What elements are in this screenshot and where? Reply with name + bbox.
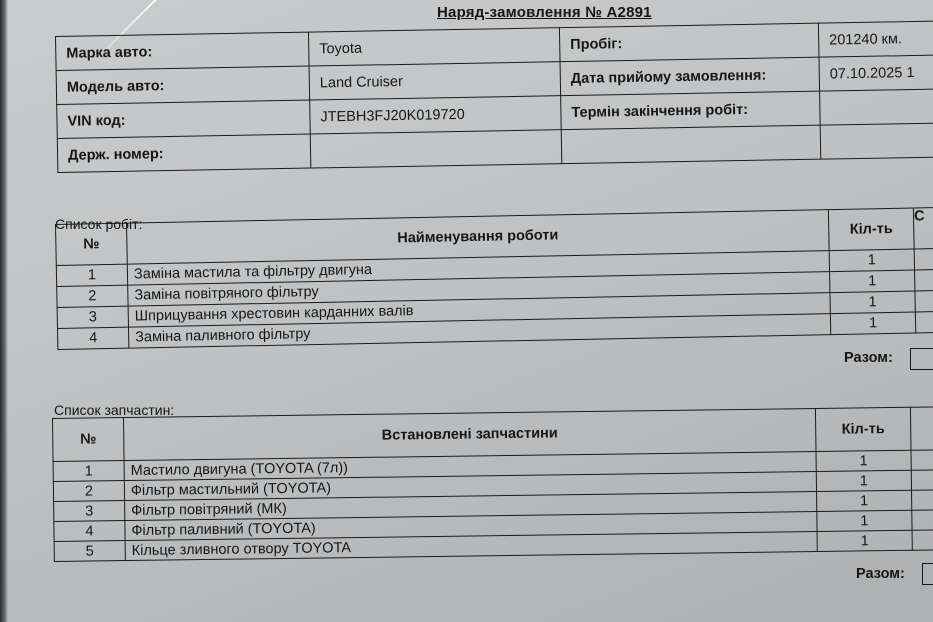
info-label: Держ. номер:	[57, 134, 311, 172]
row-number: 3	[57, 306, 128, 328]
row-extra	[912, 510, 933, 531]
info-label	[561, 125, 821, 164]
row-quantity: 1	[830, 312, 915, 335]
info-value	[310, 130, 562, 168]
row-quantity: 1	[817, 530, 912, 551]
info-label: Модель авто:	[56, 66, 310, 104]
info-value	[820, 89, 933, 125]
row-extra	[912, 490, 933, 511]
works-total-label: Разом:	[844, 350, 893, 366]
row-extra	[911, 470, 933, 491]
document-title: Наряд-замовлення № A2891	[437, 4, 652, 21]
parts-section-label: Список запчастин:	[54, 402, 174, 418]
row-quantity: 1	[830, 291, 915, 314]
vehicle-info-table: Марка авто:ToyotaПробіг:201240 км.Модель…	[55, 20, 933, 173]
row-extra	[915, 290, 933, 312]
row-quantity: 1	[816, 470, 911, 491]
parts-total-box	[922, 563, 933, 585]
row-number: 5	[54, 541, 125, 562]
row-extra	[915, 311, 933, 333]
parts-table: № Встановлені запчастини Кіл-ть 1Мастило…	[52, 406, 933, 562]
works-header-qty: Кіл-ть	[828, 208, 914, 251]
info-value	[820, 123, 933, 159]
info-value: JTEBH3FJ20K019720	[310, 96, 562, 134]
parts-header-extra	[910, 407, 933, 451]
parts-header-qty: Кіл-ть	[815, 407, 911, 451]
parts-header-num: №	[53, 418, 125, 462]
works-header-extra: С	[913, 207, 933, 249]
row-number: 1	[53, 461, 124, 482]
info-label: Термін закінчення робіт:	[561, 91, 821, 130]
info-label: Пробіг:	[559, 23, 819, 62]
row-number: 1	[56, 264, 127, 286]
row-quantity: 1	[816, 450, 911, 471]
info-label: VIN код:	[57, 100, 311, 138]
row-extra	[912, 530, 933, 551]
info-value: 07.10.2025 1	[819, 55, 933, 91]
info-value: Toyota	[308, 28, 560, 66]
info-label: Дата прийому замовлення:	[560, 57, 820, 96]
row-extra	[915, 269, 933, 291]
row-quantity: 1	[817, 490, 912, 511]
row-extra	[914, 248, 933, 270]
row-number: 4	[58, 327, 129, 349]
works-total-box	[910, 348, 933, 370]
photo-edge-shadow	[0, 0, 8, 622]
row-quantity: 1	[829, 249, 914, 272]
parts-total-label: Разом:	[856, 566, 905, 582]
works-table: № Найменування роботи Кіл-ть С 1Заміна м…	[55, 207, 933, 350]
row-number: 3	[54, 501, 125, 522]
row-quantity: 1	[817, 510, 912, 531]
works-header-num: №	[56, 223, 128, 265]
info-value: Land Cruiser	[309, 62, 561, 100]
row-number: 2	[57, 285, 128, 307]
info-value: 201240 км.	[818, 21, 933, 57]
row-number: 2	[53, 481, 124, 502]
row-quantity: 1	[830, 270, 915, 293]
info-label: Марка авто:	[56, 32, 310, 70]
row-number: 4	[54, 521, 125, 542]
row-extra	[911, 450, 933, 471]
